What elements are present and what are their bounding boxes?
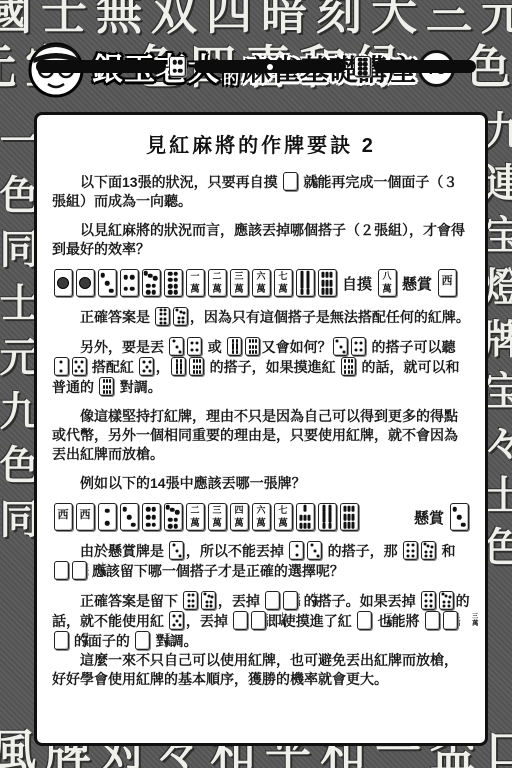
tile-7s (296, 503, 315, 531)
content-panel: 見紅麻將的作牌要訣 2 以下面13張的狀況，只要再自摸 八萬 就能再完成一個面子… (34, 112, 488, 746)
tile-3p (98, 269, 117, 297)
tile-6p (183, 591, 198, 610)
tile-2p (98, 503, 117, 531)
tile-4p (120, 269, 139, 297)
tile-9s (340, 503, 359, 531)
tile-7p (142, 269, 161, 297)
paragraph: 以見紅麻將的狀況而言，應該丟掉哪個搭子（２張組），才會得到最好的效率？ (52, 221, 470, 259)
tile-row: 一萬二萬三萬六萬七萬自摸八萬懸賞西 (52, 269, 470, 297)
tile-7p (164, 503, 183, 531)
tile-9s (99, 377, 114, 396)
tile-7m: 七萬 (274, 503, 293, 531)
tile-west: 西 (438, 269, 457, 297)
tile-2p (289, 541, 304, 560)
tile-8s (171, 357, 186, 376)
tile-6m: 六萬 (54, 561, 69, 580)
tile-1p (76, 269, 95, 297)
label-bonus: 懸賞 (402, 273, 432, 294)
tile-6m: 六萬 (252, 269, 271, 297)
tile-3m: 三萬 (208, 503, 227, 531)
tile-7p (421, 541, 436, 560)
background-yaku-text-top1: 國士無双四暗刻大三元字一色四喜和麻一色九 (0, 0, 512, 36)
tile-3m: 三萬 (357, 611, 372, 630)
tile-7m: 七萬 (72, 561, 87, 580)
tile-8p (354, 56, 371, 77)
tile-1m: 一萬 (186, 269, 205, 297)
tile-8m: 八萬 (283, 172, 298, 191)
divider-bar (374, 60, 476, 73)
tile-8s (227, 337, 242, 356)
paragraph: 例如以下的14張中應該丟哪一張牌？ (52, 474, 470, 493)
divider-bar (194, 60, 346, 73)
tile-2m: 二萬 (208, 269, 227, 297)
tile-4p (187, 337, 202, 356)
paragraph: 正確答案是留下 ，丟掉 六萬七萬 的搭子。如果丟掉 的話，就不能使用紅 ，丟掉 … (52, 591, 470, 651)
divider-dot (267, 64, 273, 70)
label-bonus: 懸賞 (414, 507, 444, 528)
tile-8m: 八萬 (378, 269, 397, 297)
tile-3p (169, 337, 184, 356)
background-yaku-text-left: 一色同士元九色同 (0, 120, 36, 552)
tile-3m: 三萬 (135, 631, 150, 650)
header-divider-bars (36, 56, 476, 77)
tile-7p (201, 591, 216, 610)
tile-8p (155, 307, 170, 326)
tile-7m: 七萬 (251, 611, 266, 630)
tile-3m: 三萬 (230, 269, 249, 297)
tile-7m: 七萬 (283, 591, 298, 610)
article-title: 見紅麻將的作牌要訣 2 (52, 129, 470, 158)
tile-6p (403, 541, 418, 560)
tile-west: 西 (76, 503, 95, 531)
paragraph: 由於懸賞牌是 ，所以不能丟掉 的搭子，那 和 六萬七萬 應該留下哪一個搭子才是正… (52, 541, 470, 581)
paragraph: 以下面13張的狀況，只要再自摸 八萬 就能再完成一個面子（３張組）而成為一向聽。 (52, 172, 470, 211)
tile-4m: 四萬 (54, 631, 69, 650)
tile-5p (139, 357, 154, 376)
manga-page: { "background": { "row_top1": "國士無双四暗刻大三… (0, 0, 512, 768)
tile-6p (142, 503, 161, 531)
paragraph: 這麼一來不只自己可以使用紅牌，也可避免丟出紅牌而放槍，好好學會使用紅牌的基本順序… (52, 651, 470, 689)
tile-3p (307, 541, 322, 560)
tile-row: 西西二萬三萬四萬六萬七萬懸賞 (52, 503, 470, 531)
tile-4m: 四萬 (230, 503, 249, 531)
tile-1p (54, 269, 73, 297)
tile-3p (450, 503, 469, 531)
tile-west: 西 (54, 503, 73, 531)
tile-8s (318, 503, 337, 531)
paragraph: 另外，要是丟 或 又會如何？ 的搭子可以聽 搭配紅 ， 的搭子，如果摸進紅 的話… (52, 337, 470, 397)
tile-6m: 六萬 (233, 611, 248, 630)
tile-2m: 二萬 (186, 503, 205, 531)
tile-9s (341, 357, 356, 376)
tile-4p (351, 337, 366, 356)
tile-4p (169, 56, 186, 77)
tile-7p (173, 307, 188, 326)
tile-7p (439, 591, 454, 610)
tile-6p (421, 591, 436, 610)
tile-9s (245, 337, 260, 356)
tile-5p (72, 357, 87, 376)
divider-tile-slot (351, 56, 374, 77)
tile-9s (318, 269, 337, 297)
tile-6m: 六萬 (265, 591, 280, 610)
tile-8p (164, 269, 183, 297)
tile-8s (296, 269, 315, 297)
paragraph: 像這樣堅持打紅牌，理由不只是因為自己可以得到更多的得點或代幣，另外一個相同重要的… (52, 407, 470, 464)
tile-2m: 二萬 (425, 611, 440, 630)
tile-2p (54, 357, 69, 376)
tile-7m: 七萬 (274, 269, 293, 297)
tile-3p (169, 541, 184, 560)
label-draw: 自摸 (342, 273, 372, 294)
tile-5p (169, 611, 184, 630)
divider-bar (36, 60, 166, 73)
paragraph: 正確答案是 ，因為只有這個搭子是無法搭配任何的紅牌。 (52, 307, 470, 327)
tile-6m: 六萬 (252, 503, 271, 531)
tile-3m: 三萬 (443, 611, 458, 630)
tile-3p (120, 503, 139, 531)
tile-3p (333, 337, 348, 356)
article-body: 以下面13張的狀況，只要再自摸 八萬 就能再完成一個面子（３張組）而成為一向聽。… (52, 172, 470, 689)
divider-tile-slot (166, 56, 189, 77)
tile-9s (189, 357, 204, 376)
